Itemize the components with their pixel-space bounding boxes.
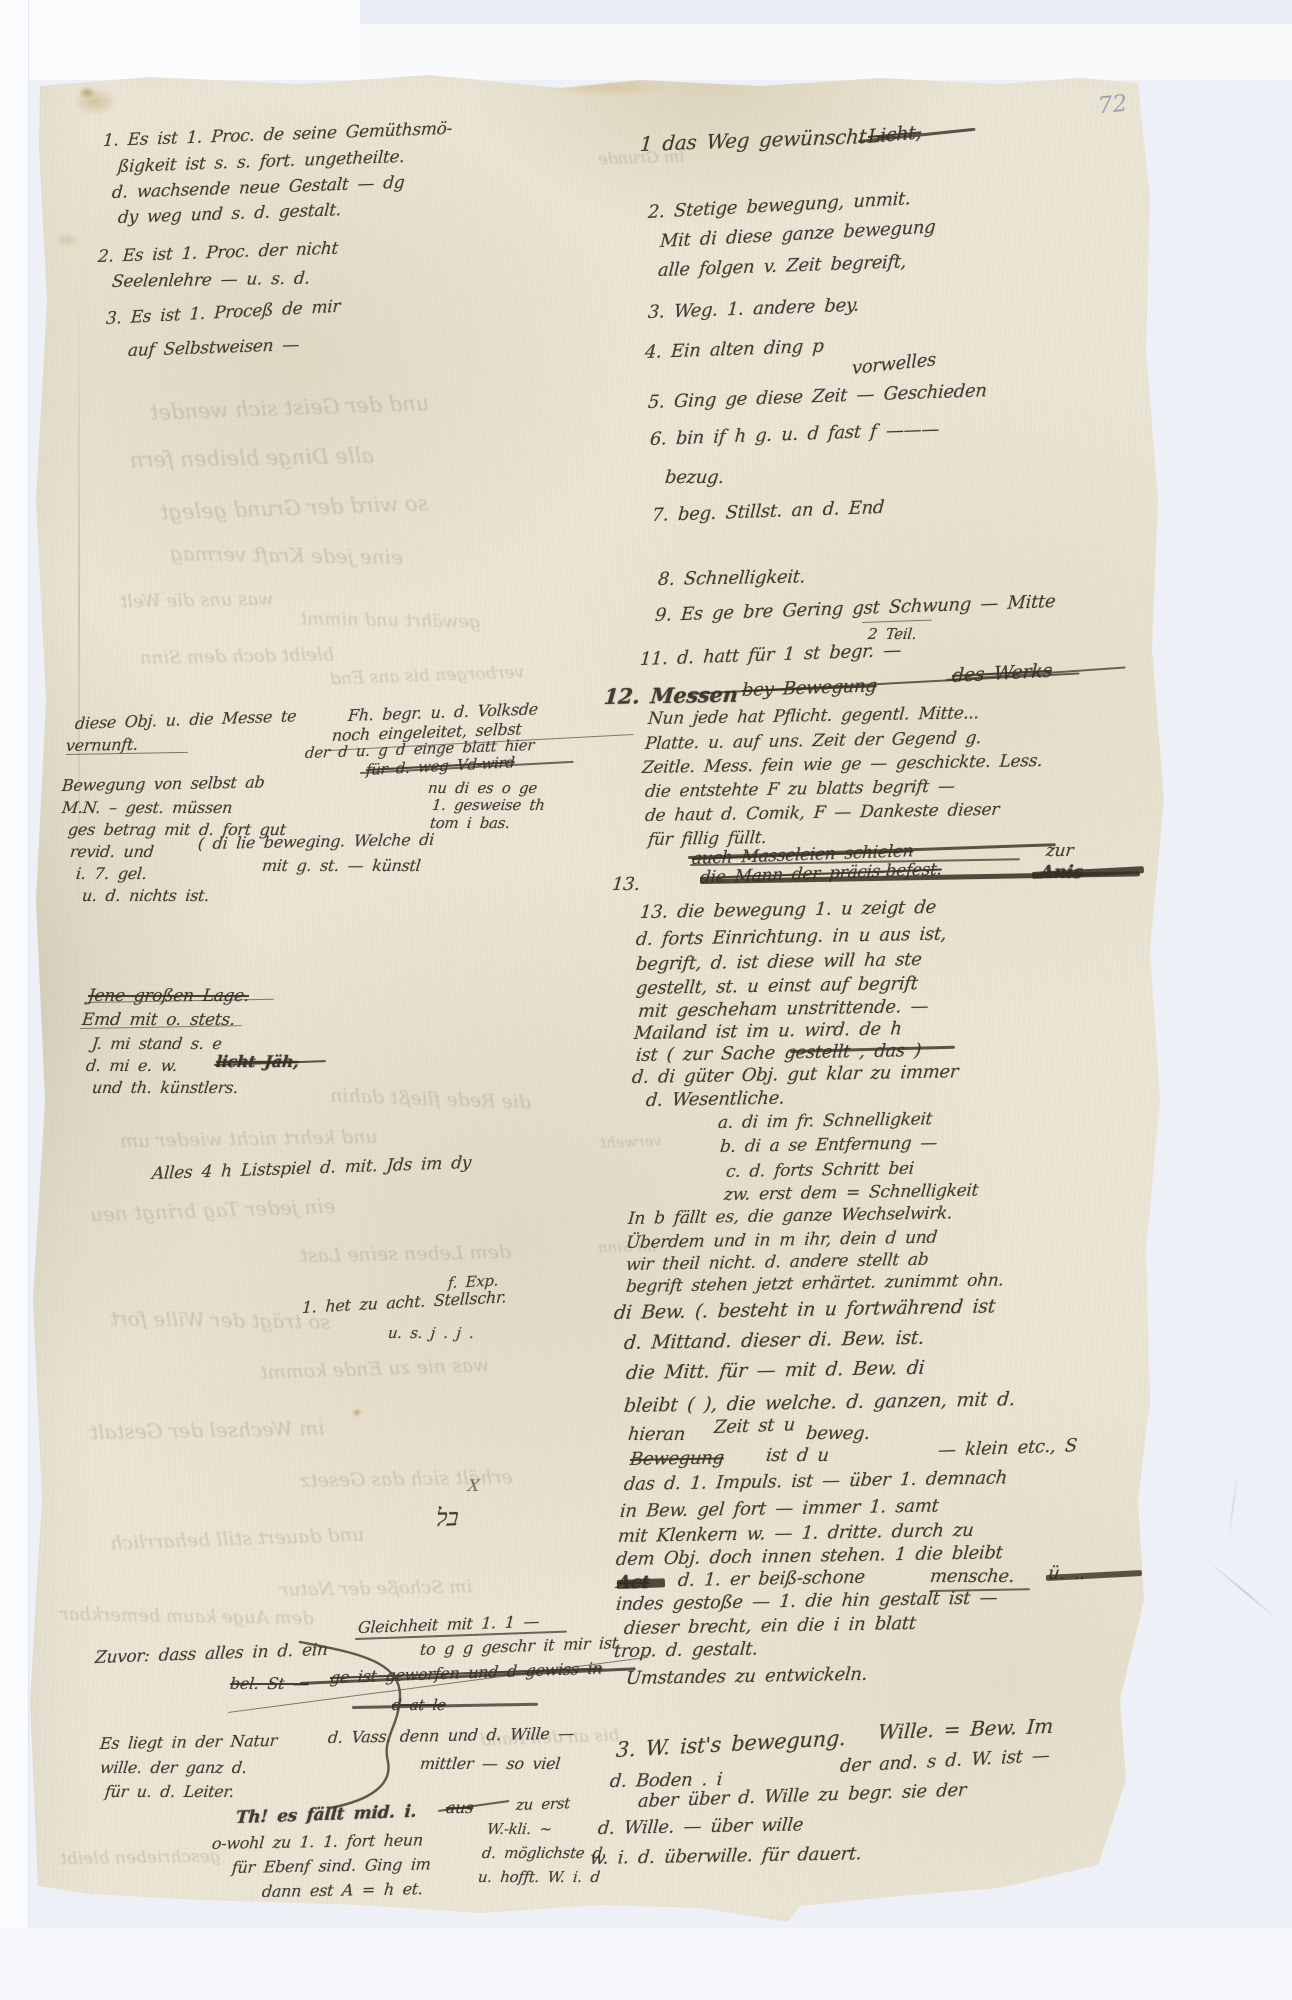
handwriting-line: o-wohl zu 1. 1. fort heun — [211, 1832, 423, 1852]
handwriting-line: für Ebenf sind. Ging im — [231, 1857, 431, 1876]
handwriting-line: d. Wille. — über wille — [597, 1816, 804, 1838]
handwriting-line: 12. Messen — [603, 684, 739, 707]
handwriting-line: wille. der ganz d. — [99, 1760, 247, 1776]
handwriting-line: W.-kli. ~ — [486, 1822, 552, 1837]
handwriting-line: beweg. — [805, 1425, 871, 1443]
bleed-through-line: geschrieben bleibt — [60, 1849, 221, 1869]
handwriting-line: zw. erst dem = Schnelligkeit — [723, 1183, 979, 1204]
handwriting-line: nu di es o ge — [427, 781, 538, 796]
page-number: 72 — [1097, 91, 1129, 120]
handwriting-line: b. di a se Entfernung — — [719, 1135, 938, 1156]
handwriting-line: Zeit st u — [713, 1416, 795, 1437]
handwriting-line: 13. — [611, 876, 641, 894]
scanner-corner-white — [0, 0, 360, 80]
handwriting-line: begrift, d. ist diese will ha ste — [635, 951, 922, 974]
handwriting-line: mittler — so viel — [419, 1756, 561, 1772]
paper-stain — [352, 1408, 362, 1417]
handwriting-line: bezug. — [664, 469, 725, 487]
handwriting-line: Mailand ist im u. wird. de h — [633, 1020, 902, 1043]
strike-mark — [617, 1578, 665, 1589]
handwriting-line: Umstandes zu entwickeln. — [625, 1666, 868, 1688]
hebrew-mark: בל — [435, 1505, 459, 1530]
handwriting-line: d. Wesentliche. — [645, 1090, 785, 1110]
handwriting-line: i. 7. gel. — [75, 866, 147, 882]
handwriting-line: d. Vass. denn und d. Wille — — [327, 1726, 574, 1746]
handwriting-line: hieran — [627, 1426, 686, 1444]
handwriting-line: Bewegung — [629, 1449, 724, 1469]
background-crease — [1207, 1560, 1281, 1623]
handwriting-line: — klein etc., S — [937, 1437, 1077, 1460]
bleed-through-line: was uns die Welt — [120, 591, 274, 612]
bleed-through-line: dem Leben seine Last — [300, 1243, 511, 1266]
handwriting-line: u. d. nichts ist. — [81, 888, 210, 904]
bleed-through-line: alle Dinge bleiben fern — [130, 446, 374, 471]
scanned-manuscript-page: 72 und der Geist sich wendetalle Dinge b… — [0, 0, 1292, 2000]
handwriting-line: Wille. = Bew. Im — [877, 1716, 1053, 1742]
scanner-margin-bottom — [0, 1928, 1292, 2000]
handwriting-line: a. di im fr. Schnelligkeit — [717, 1111, 933, 1132]
handwriting-line: die Mitt. für — mit d. Bew. di — [625, 1359, 925, 1383]
handwriting-line: mit g. st. — künstl — [261, 858, 421, 874]
bleed-through-line: bleibt doch dem Sinn — [140, 646, 334, 667]
handwriting-line: Bewegung von selbst ab — [61, 774, 265, 794]
handwriting-line: 8. Schnelligkeit. — [657, 568, 806, 589]
handwriting-line: dieser brecht, ein die i in blatt — [623, 1615, 916, 1638]
bleed-through-line: im Schoße der Natur — [280, 1578, 472, 1599]
handwriting-line: u. s. j . j . — [387, 1326, 474, 1341]
handwriting-line: M.N. – gest. müssen — [61, 800, 233, 816]
handwriting-line: für u. d. Leiter. — [104, 1784, 235, 1800]
scanner-margin-left — [0, 0, 29, 2000]
handwriting-line: bel. St — — [229, 1676, 309, 1692]
handwriting-line: 13. die bewegung 1. u zeigt de — [639, 899, 936, 922]
handwriting-line: w. i. d. überwille. für dauert. — [589, 1845, 862, 1868]
handwriting-line: Es liegt in der Natur — [99, 1733, 277, 1752]
bleed-through-line: dem Auge kaum bemerkbar — [60, 1606, 314, 1628]
bleed-through-line: und kehrt nicht wieder um — [120, 1128, 378, 1151]
paper-stain — [78, 86, 96, 99]
handwriting-line: ( di lie beweging. Welche di — [197, 832, 434, 852]
handwriting-line: tom i bas. — [429, 816, 510, 831]
handwriting-line: d. Mittand. dieser di. Bew. ist. — [623, 1329, 925, 1353]
handwriting-line: c. d. forts Schritt bei — [725, 1161, 914, 1181]
bleed-through-line: so trägt der Wille fort — [110, 1308, 331, 1332]
handwriting-line: revid. und — [69, 844, 154, 860]
handwriting-line: mensche. — [929, 1568, 1015, 1586]
handwriting-line: zu erst — [515, 1796, 570, 1813]
bleed-through-line: verweht — [600, 1134, 662, 1151]
handwriting-line: vernunft. — [65, 737, 138, 754]
handwriting-line: mit gescheham unstrittende. — — [637, 998, 929, 1021]
bleed-through-line: eine jede Kraft vermag — [170, 543, 403, 567]
handwriting-line: d. mi e. w. — [85, 1058, 178, 1074]
handwriting-line: ist ( zur Sache gestellt , das ) — [635, 1042, 922, 1065]
handwriting-line: J. mi stand s. e — [91, 1036, 222, 1052]
x-mark: X — [467, 1478, 480, 1494]
manuscript-paper: 72 und der Geist sich wendetalle Dinge b… — [0, 0, 1292, 2000]
handwriting-line: und th. künstlers. — [91, 1080, 239, 1096]
handwriting-line: Seelenlehre — u. s. d. — [111, 271, 310, 291]
handwriting-line: 1. gesweise th — [431, 798, 545, 813]
bleed-through-line: im Wechsel der Gestalt — [90, 1418, 325, 1442]
bleed-through-line: erhält sich das Gesetz — [300, 1468, 513, 1491]
handwriting-line: ist d u — [765, 1447, 830, 1465]
bleed-through-line: gewährt und nimmt — [300, 610, 481, 631]
handwriting-line: d. möglichste d. — [481, 1846, 607, 1861]
paper-stain — [54, 232, 80, 248]
handwriting-line: d. 1. er beiß-schone — [677, 1569, 865, 1590]
handwriting-line: dann est A = h et. — [261, 1881, 423, 1900]
handwriting-line: gestellt, st. u einst auf begrift — [635, 975, 918, 998]
handwriting-line: u. hofft. W. i. d — [477, 1870, 600, 1885]
background-crease — [1227, 1471, 1239, 1541]
